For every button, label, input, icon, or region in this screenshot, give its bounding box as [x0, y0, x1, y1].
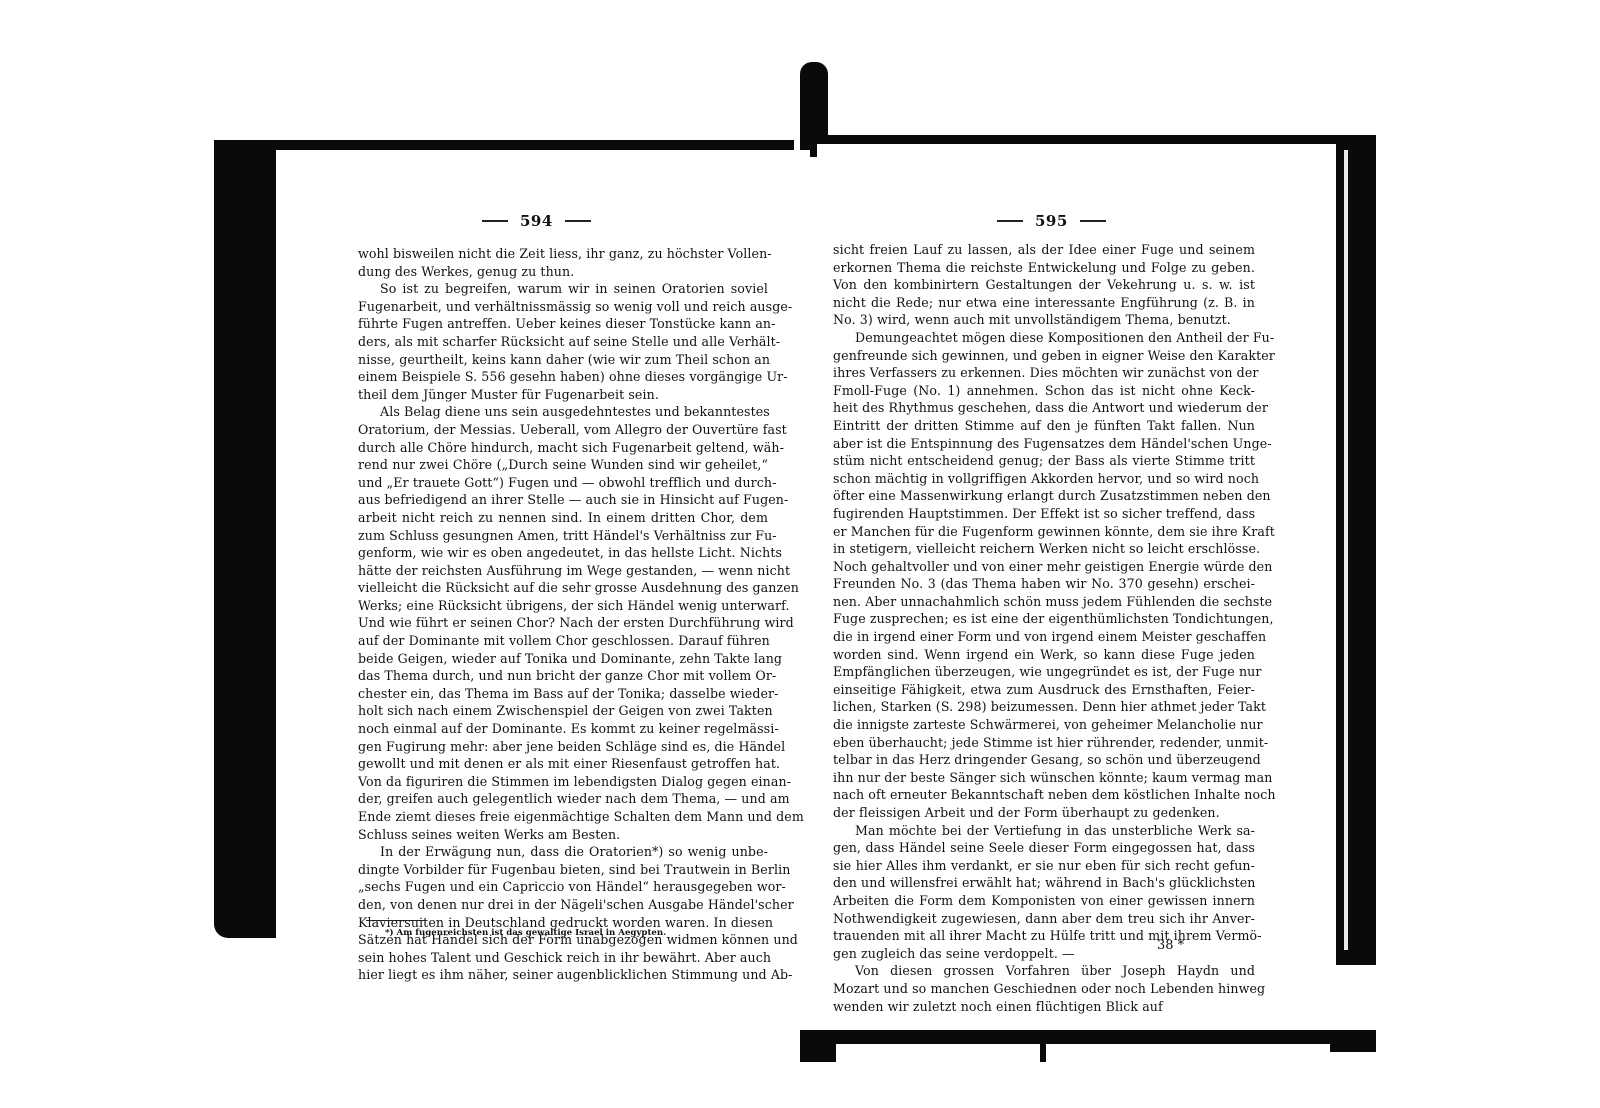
book-cover-edge-left	[214, 145, 276, 938]
text-line: Empfänglichen überzeugen, wie ungegründe…	[833, 663, 1255, 681]
text-line: der, greifen auch gelegentlich wieder na…	[358, 790, 768, 808]
text-line: er Manchen für die Fugenform gewinnen kö…	[833, 523, 1255, 541]
text-line: Eintritt der dritten Stimme auf den je f…	[833, 417, 1255, 435]
page-bottom-mark	[1040, 1040, 1046, 1062]
page-number-header: 594	[482, 212, 591, 230]
text-line: dingte Vorbilder für Fugenbau bieten, si…	[358, 861, 768, 879]
text-line: gen Fugirung mehr: aber jene beiden Schl…	[358, 738, 768, 756]
text-line: Man möchte bei der Vertiefung in das uns…	[833, 822, 1255, 840]
text-line: erkornen Thema die reichste Entwickelung…	[833, 259, 1255, 277]
text-line: schon mächtig in vollgriffigen Akkorden …	[833, 470, 1255, 488]
text-line: Freunden No. 3 (das Thema haben wir No. …	[833, 575, 1255, 593]
text-line: rend nur zwei Chöre („Durch seine Wunden…	[358, 456, 768, 474]
text-line: Als Belag diene uns sein ausgedehntestes…	[358, 403, 768, 421]
text-line: gen zugleich das seine verdoppelt. —	[833, 945, 1255, 963]
text-line: aus befriedigend an ihrer Stelle — auch …	[358, 491, 768, 509]
text-line: Von da figuriren die Stimmen im lebendig…	[358, 773, 768, 791]
text-line: führte Fugen antreffen. Ueber keines die…	[358, 315, 768, 333]
text-line: fugirenden Hauptstimmen. Der Effekt ist …	[833, 505, 1255, 523]
page-stack-gap	[1344, 150, 1348, 950]
text-line: heit des Rhythmus geschehen, dass die An…	[833, 399, 1255, 417]
text-line: Von den kombinirtern Gestaltungen der Ve…	[833, 276, 1255, 294]
text-line: öfter eine Massenwirkung erlangt durch Z…	[833, 487, 1255, 505]
text-line: ihn nur der beste Sänger sich wünschen k…	[833, 769, 1255, 787]
text-line: eben überhaucht; jede Stimme ist hier rü…	[833, 734, 1255, 752]
text-line: No. 3) wird, wenn auch mit unvollständig…	[833, 311, 1255, 329]
folio-dash	[1080, 220, 1106, 222]
text-line: holt sich nach einem Zwischenspiel der G…	[358, 702, 768, 720]
text-line: die in irgend einer Form und von irgend …	[833, 628, 1255, 646]
text-line: zum Schluss gesungnen Amen, tritt Händel…	[358, 527, 768, 545]
text-line: Schluss seines weiten Werks am Besten.	[358, 826, 768, 844]
right-page: 595 sicht freien Lauf zu lassen, als der…	[817, 144, 1336, 1029]
text-line: chester ein, das Thema im Bass auf der T…	[358, 685, 768, 703]
text-line: Demungeachtet mögen diese Kompositionen …	[833, 329, 1255, 347]
text-line: den und willensfrei erwählt hat; während…	[833, 874, 1255, 892]
text-line: gen, dass Händel seine Seele dieser Form…	[833, 839, 1255, 857]
page-number: 595	[1035, 212, 1068, 230]
text-line: dung des Werkes, genug zu thun.	[358, 263, 768, 281]
text-line: das Thema durch, und nun bricht der ganz…	[358, 667, 768, 685]
text-line: der fleissigen Arbeit und der Form überh…	[833, 804, 1255, 822]
text-line: in stetigern, vielleicht reichern Werken…	[833, 540, 1255, 558]
footnote-divider	[366, 920, 426, 921]
text-line: stüm nicht entscheidend genug; der Bass …	[833, 452, 1255, 470]
text-line: ders, als mit scharfer Rücksicht auf sei…	[358, 333, 768, 351]
text-line: Mozart und so manchen Geschiednen oder n…	[833, 980, 1255, 998]
text-line: worden sind. Wenn irgend ein Werk, so ka…	[833, 646, 1255, 664]
text-line: gewollt und mit denen er als mit einer R…	[358, 755, 768, 773]
page-number-header: 595	[997, 212, 1106, 230]
text-line: In der Erwägung nun, dass die Oratorien*…	[358, 843, 768, 861]
text-line: auf der Dominante mit vollem Chor geschl…	[358, 632, 768, 650]
page-top-edge-left	[214, 140, 794, 150]
text-line: Noch gehaltvoller und von einer mehr gei…	[833, 558, 1255, 576]
text-line: So ist zu begreifen, warum wir in seinen…	[358, 280, 768, 298]
text-line: Arbeiten die Form dem Komponisten von ei…	[833, 892, 1255, 910]
folio-dash	[997, 220, 1023, 222]
text-line: sicht freien Lauf zu lassen, als der Ide…	[833, 241, 1255, 259]
text-line: wohl bisweilen nicht die Zeit liess, ihr…	[358, 245, 768, 263]
text-line: sie hier Alles ihm verdankt, er sie nur …	[833, 857, 1255, 875]
text-line: Und wie führt er seinen Chor? Nach der e…	[358, 614, 768, 632]
cover-corner-right	[1330, 1030, 1376, 1052]
page-bottom-edge-right	[800, 1030, 1345, 1044]
text-line: Werks; eine Rücksicht übrigens, der sich…	[358, 597, 768, 615]
spine-foot	[800, 1040, 836, 1062]
text-line: hier liegt es ihm näher, seiner augenbli…	[358, 966, 768, 984]
text-line: arbeit nicht reich zu nennen sind. In ei…	[358, 509, 768, 527]
folio-dash	[565, 220, 591, 222]
text-line: ihres Verfassers zu erkennen. Dies möcht…	[833, 364, 1255, 382]
text-line: Ende ziemt dieses freie eigenmächtige Sc…	[358, 808, 768, 826]
text-line: Oratorium, der Messias. Ueberall, vom Al…	[358, 421, 768, 439]
text-line: hätte der reichsten Ausführung im Wege g…	[358, 562, 768, 580]
text-line: einseitige Fähigkeit, etwa zum Ausdruck …	[833, 681, 1255, 699]
text-line: den, von denen nur drei in der Nägeli'sc…	[358, 896, 768, 914]
text-line: nen. Aber unnachahmlich schön muss jedem…	[833, 593, 1255, 611]
page-top-edge-right	[800, 135, 1360, 144]
text-line: durch alle Chöre hindurch, macht sich Fu…	[358, 439, 768, 457]
text-line: lichen, Starken (S. 298) beizumessen. De…	[833, 698, 1255, 716]
text-line: Nothwendigkeit zugewiesen, dann aber dem…	[833, 910, 1255, 928]
text-line: Fugenarbeit, und verhältnissmässig so we…	[358, 298, 768, 316]
body-text: sicht freien Lauf zu lassen, als der Ide…	[833, 241, 1255, 1015]
text-line: vielleicht die Rücksicht auf die sehr gr…	[358, 579, 768, 597]
text-line: einem Beispiele S. 556 gesehn haben) ohn…	[358, 368, 768, 386]
text-line: „sechs Fugen und ein Capriccio von Hände…	[358, 878, 768, 896]
left-page: 594 wohl bisweilen nicht die Zeit liess,…	[282, 150, 810, 980]
text-line: wenden wir zuletzt noch einen flüchtigen…	[833, 998, 1255, 1016]
text-line: theil dem Jünger Muster für Fugenarbeit …	[358, 386, 768, 404]
text-line: beide Geigen, wieder auf Tonika und Domi…	[358, 650, 768, 668]
page-number: 594	[520, 212, 553, 230]
text-line: die innigste zarteste Schwärmerei, von g…	[833, 716, 1255, 734]
body-text: wohl bisweilen nicht die Zeit liess, ihr…	[358, 245, 768, 984]
text-line: aber ist die Entspinnung des Fugensatzes…	[833, 435, 1255, 453]
text-line: telbar in das Herz dringender Gesang, so…	[833, 751, 1255, 769]
text-line: Fmoll-Fuge (No. 1) annehmen. Schon das i…	[833, 382, 1255, 400]
text-line: genfreunde sich gewinnen, und geben in e…	[833, 347, 1255, 365]
text-line: Fuge zusprechen; es ist eine der eigenth…	[833, 610, 1255, 628]
text-line: nach oft erneuter Bekanntschaft neben de…	[833, 786, 1255, 804]
text-line: nicht die Rede; nur etwa eine interessan…	[833, 294, 1255, 312]
folio-dash	[482, 220, 508, 222]
text-line: Von diesen grossen Vorfahren über Joseph…	[833, 962, 1255, 980]
text-line: sein hohes Talent und Geschick reich in …	[358, 949, 768, 967]
text-line: und „Er trauete Gott“) Fugen und — obwoh…	[358, 474, 768, 492]
text-line: nisse, geurtheilt, keins kann daher (wie…	[358, 351, 768, 369]
text-line: genform, wie wir es oben angedeutet, in …	[358, 544, 768, 562]
footnote: *) Am fugenreichsten ist das gewaltige I…	[385, 928, 666, 938]
text-line: noch einmal auf der Dominante. Es kommt …	[358, 720, 768, 738]
text-line: trauenden mit all ihrer Macht zu Hülfe t…	[833, 927, 1255, 945]
book-cover-edge-right	[1336, 135, 1376, 965]
signature-mark: 38 *	[1157, 938, 1184, 953]
